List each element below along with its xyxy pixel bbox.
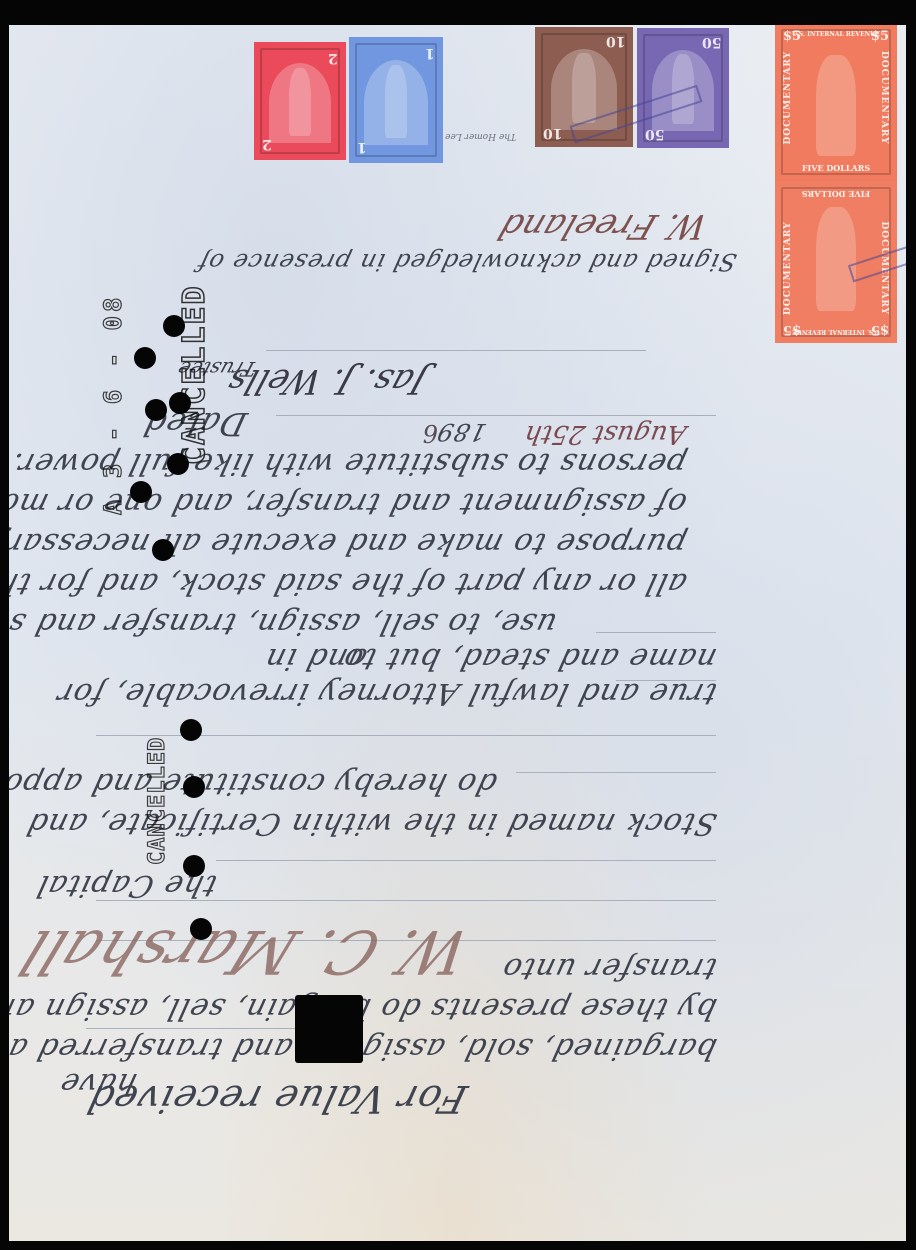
punch-hole	[152, 539, 174, 561]
stamp-5-dollar-1: $5 $5 U.S. INTERNAL REVENUE DOCUMENTARY …	[775, 25, 897, 181]
form-line-transfer-unto: transfer unto	[498, 951, 720, 986]
rule	[596, 632, 716, 633]
form-line-all-or-any: all or any part of the said stock, and f…	[9, 566, 690, 601]
punch-hole	[190, 918, 212, 940]
form-line-by-these-presents: by these presents do bargain, sell, assi…	[9, 991, 720, 1026]
punch-hole	[167, 453, 189, 475]
form-line-bargained: bargained, sold, assigned and transferre…	[9, 1031, 720, 1066]
dated-handwritten: August 25th	[522, 419, 689, 449]
perforation-cancelled-1: CANCELLED	[177, 265, 217, 465]
witness-signature: W. Freeland	[493, 206, 713, 246]
punch-hole	[163, 315, 185, 337]
rule	[516, 772, 716, 773]
form-line-signed-and-acknowledged: Signed and acknowledged in presence of	[195, 248, 740, 276]
punch-hole	[134, 347, 156, 369]
form-year-handwritten: 6	[423, 419, 438, 447]
rule	[276, 415, 716, 416]
form-line-name-and-stead: name and stead, but to	[339, 641, 720, 676]
punch-hole	[183, 776, 205, 798]
form-year-printed: 189	[434, 418, 490, 446]
punch-square	[295, 995, 363, 1063]
form-line-stock-named: Stock named in the within Certificate, a…	[23, 806, 721, 841]
rule	[266, 350, 646, 351]
form-line-constitute: do hereby constitute and appoint	[9, 766, 500, 801]
scan-frame: For Value received have bargained, sold,…	[0, 0, 916, 1250]
punch-hole	[130, 481, 152, 503]
form-line-purpose: purpose to make and execute all necessar…	[9, 526, 690, 561]
form-line-use: use, to sell, assign, transfer and set o…	[9, 606, 560, 641]
rule	[616, 680, 716, 681]
punch-hole	[145, 399, 167, 421]
assignor-signature: W. C. Marshall	[11, 916, 480, 986]
punch-hole	[183, 855, 205, 877]
punch-hole	[169, 392, 191, 414]
assignment-form: For Value received have bargained, sold,…	[9, 25, 906, 1241]
punch-hole	[180, 719, 202, 741]
form-line-attorney: true and lawful Attorney irrevocable, fo…	[53, 676, 720, 711]
stamp-2c: 2 2	[254, 42, 346, 160]
document-page: For Value received have bargained, sold,…	[9, 25, 906, 1241]
rule	[216, 860, 716, 861]
stamp-1c: 1 1	[349, 37, 443, 163]
form-line-have: have	[56, 1066, 141, 1101]
form-line-for-value: For Value received	[82, 1077, 471, 1121]
